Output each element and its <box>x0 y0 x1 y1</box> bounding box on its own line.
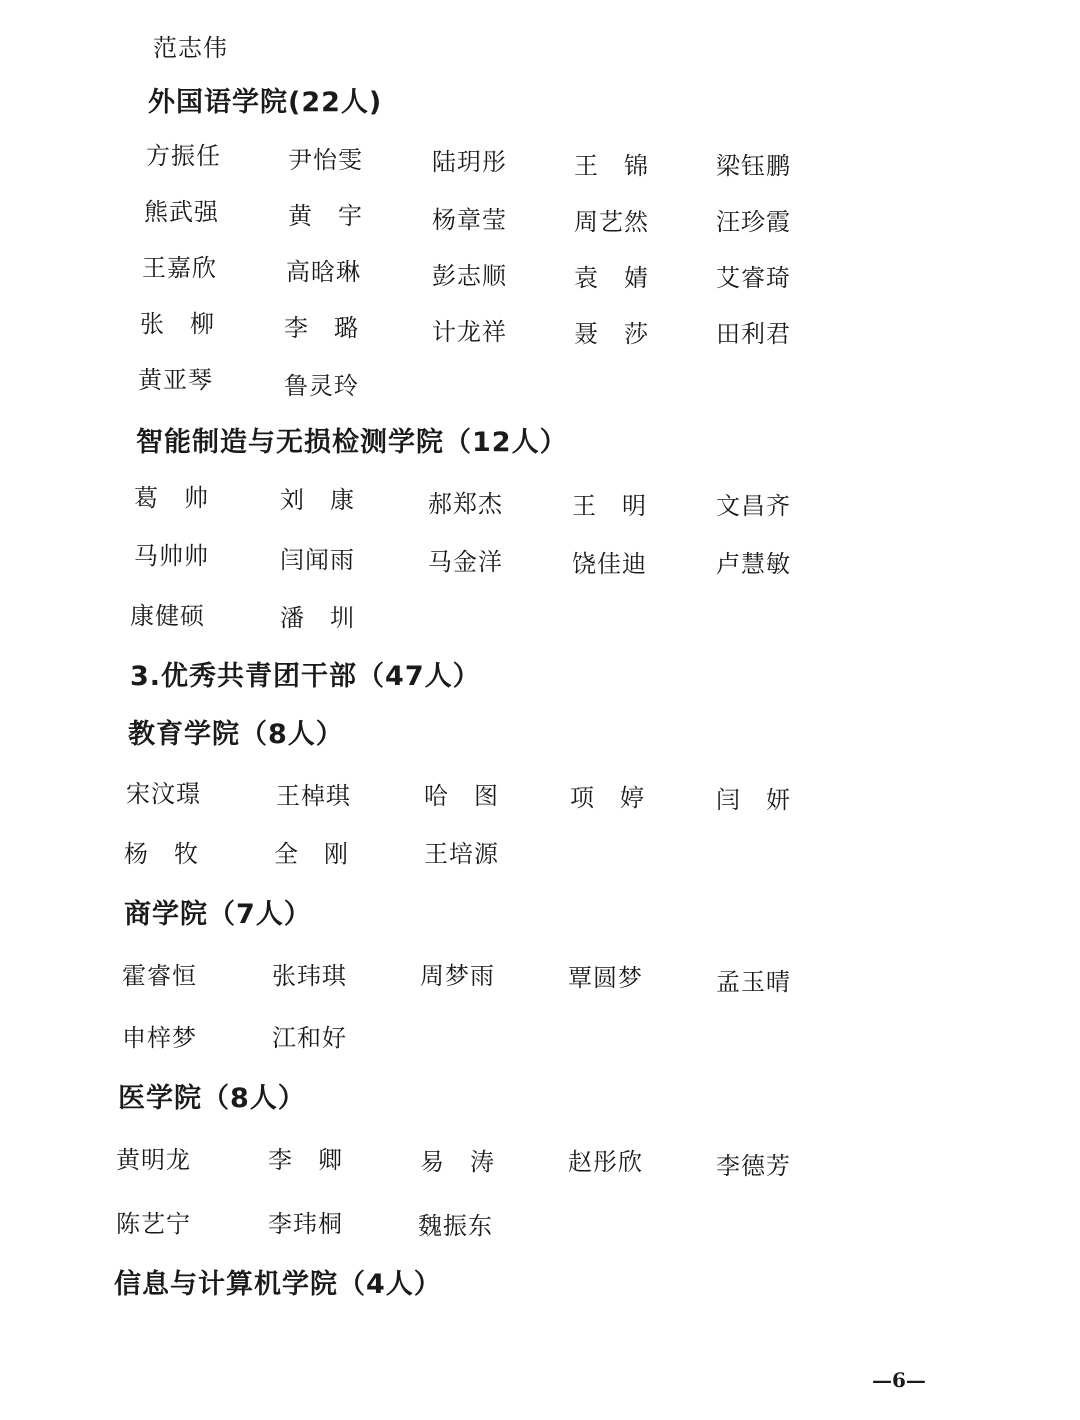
name: 饶佳迪 <box>572 544 647 579</box>
name: 周梦雨 <box>420 956 495 991</box>
name: 李 卿 <box>268 1140 343 1175</box>
name: 袁 婧 <box>574 258 649 293</box>
name: 刘 康 <box>280 480 355 515</box>
name: 易 涛 <box>420 1142 495 1177</box>
name: 霍睿恒 <box>122 956 197 991</box>
name: 魏振东 <box>418 1206 493 1241</box>
name: 葛 帅 <box>134 478 209 513</box>
name: 杨 牧 <box>124 834 199 869</box>
name: 孟玉晴 <box>716 962 791 997</box>
name: 王培源 <box>424 834 499 869</box>
section-title-education: 教育学院（8人） <box>128 712 344 751</box>
name: 尹怡雯 <box>288 140 363 175</box>
name: 王 明 <box>572 486 647 521</box>
name: 黄 宇 <box>288 196 363 231</box>
section-title-intelligent-manufacturing: 智能制造与无损检测学院（12人） <box>136 420 568 459</box>
name: 田利君 <box>716 314 791 349</box>
name: 杨章莹 <box>432 200 507 235</box>
name: 高晗琳 <box>286 252 361 287</box>
name: 陆玥彤 <box>432 142 507 177</box>
document-page: 范志伟 外国语学院(22人) 方振任 尹怡雯 陆玥彤 王 锦 梁钰鹏 熊武强 黄… <box>0 0 1080 1420</box>
name: 黄明龙 <box>116 1140 191 1175</box>
name: 闫闻雨 <box>280 540 355 575</box>
name: 哈 图 <box>424 776 499 811</box>
name: 项 婷 <box>570 778 645 813</box>
category-title: 3.优秀共青团干部（47人） <box>130 654 481 693</box>
name: 王棹琪 <box>276 776 351 811</box>
name: 马金洋 <box>428 542 503 577</box>
name: 周艺然 <box>574 202 649 237</box>
name: 宋汶璟 <box>126 774 201 809</box>
name: 张 柳 <box>140 304 215 339</box>
name: 马帅帅 <box>134 536 209 571</box>
section-title-foreign-languages: 外国语学院(22人) <box>148 80 382 119</box>
name: 汪珍霞 <box>716 202 791 237</box>
name: 计龙祥 <box>432 312 507 347</box>
name: 闫 妍 <box>716 780 791 815</box>
name: 方振任 <box>146 136 221 171</box>
name: 文昌齐 <box>716 486 791 521</box>
name: 熊武强 <box>144 192 219 227</box>
name: 李德芳 <box>716 1146 791 1181</box>
name: 卢慧敏 <box>716 544 791 579</box>
name: 李玮桐 <box>268 1204 343 1239</box>
name: 鲁灵玲 <box>284 366 359 401</box>
section-title-business: 商学院（7人） <box>124 892 312 931</box>
page-number: —6— <box>872 1368 926 1392</box>
name: 江和好 <box>272 1018 347 1053</box>
name: 艾睿琦 <box>716 258 791 293</box>
name: 潘 圳 <box>280 598 355 633</box>
name: 王嘉欣 <box>142 248 217 283</box>
name: 赵彤欣 <box>568 1142 643 1177</box>
section-title-medicine: 医学院（8人） <box>118 1076 306 1115</box>
section-title-information-computer: 信息与计算机学院（4人） <box>114 1262 442 1301</box>
name: 郝郑杰 <box>428 484 503 519</box>
name: 李 璐 <box>284 308 359 343</box>
name: 康健硕 <box>130 596 205 631</box>
name: 彭志顺 <box>432 256 507 291</box>
name: 黄亚琴 <box>138 360 213 395</box>
name: 覃圆梦 <box>568 958 643 993</box>
name: 张玮琪 <box>272 956 347 991</box>
name-carryover: 范志伟 <box>153 28 228 63</box>
name: 陈艺宁 <box>116 1204 191 1239</box>
name: 王 锦 <box>574 146 649 181</box>
name: 聂 莎 <box>574 314 649 349</box>
name: 全 刚 <box>274 834 349 869</box>
name: 申梓梦 <box>122 1018 197 1053</box>
name: 梁钰鹏 <box>716 146 791 181</box>
